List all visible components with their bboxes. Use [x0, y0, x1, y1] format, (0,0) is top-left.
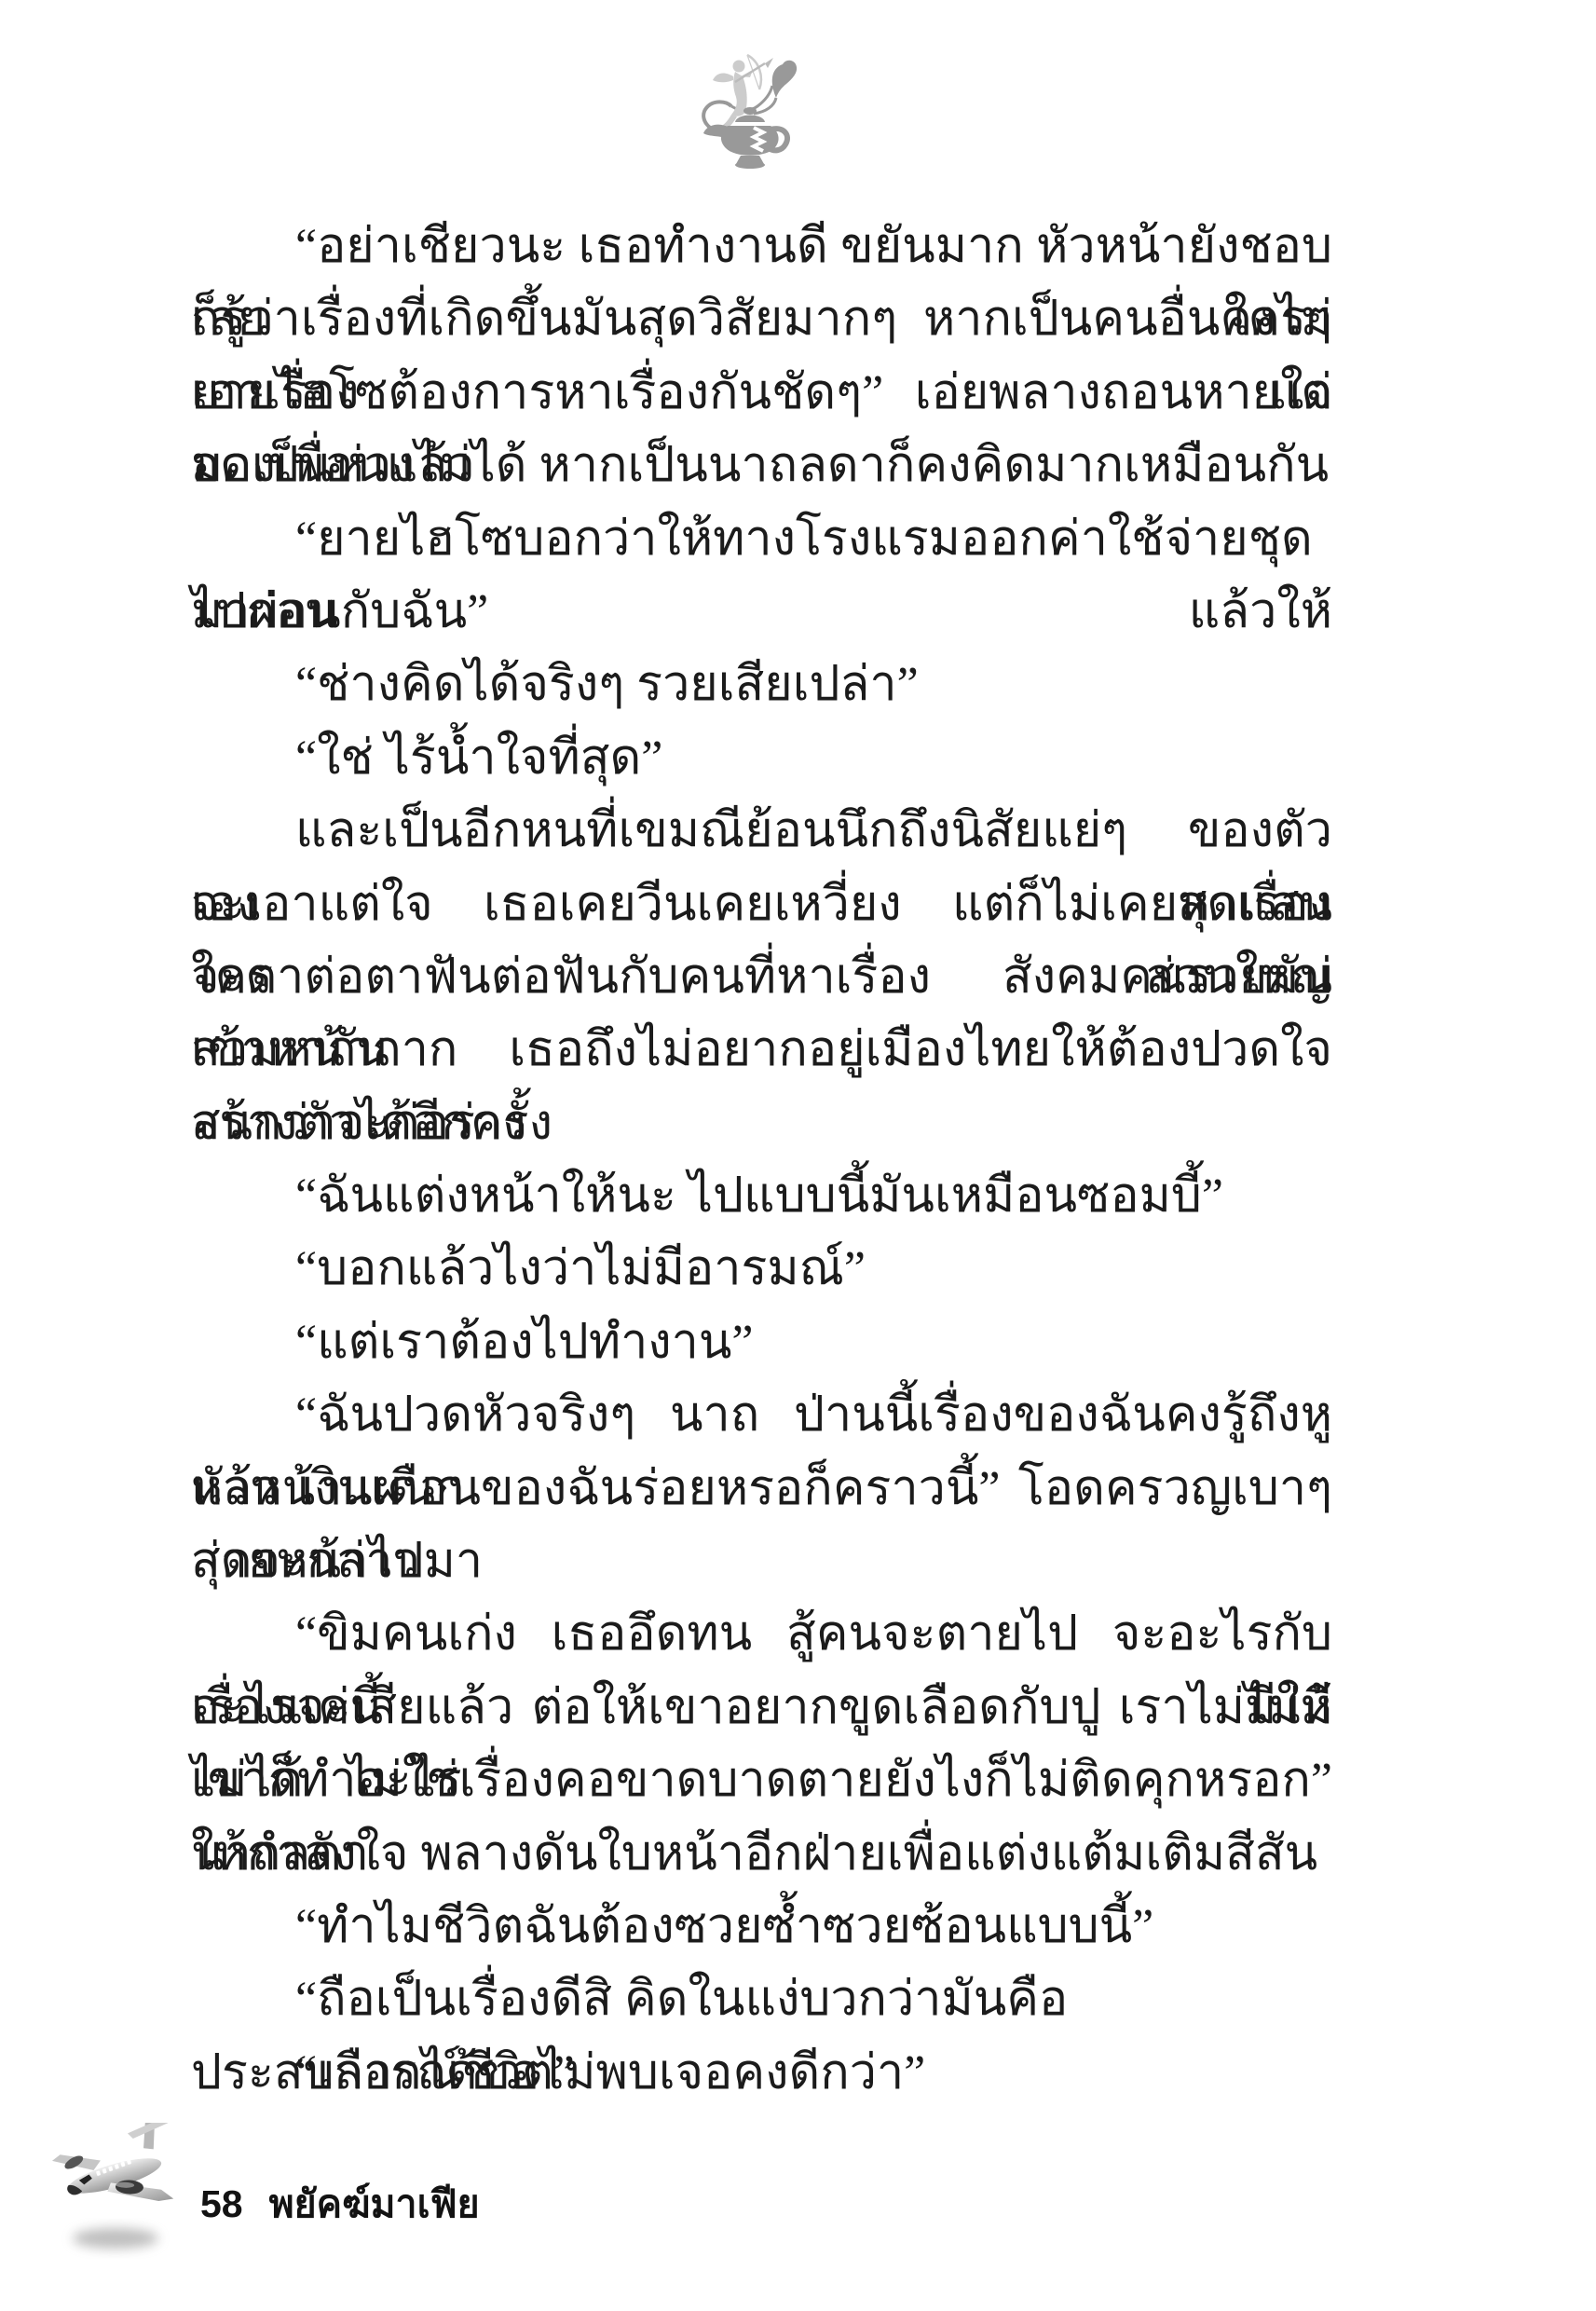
text-line: อะไรจะเสียแล้ว ต่อให้เขาอยากขูดเลือดกับป… [191, 1672, 1332, 1744]
text-line: จะตาต่อตาฟันต่อฟันกับคนที่หาเรื่อง สังคม… [191, 941, 1332, 1014]
text-line: แล้ว เงินเดือนของฉันร่อยหรอก็คราวนี้” โอ… [191, 1453, 1332, 1525]
text-line: “ทำไมชีวิตฉันต้องซวยซ้ำซวยซ้อนแบบนี้” [191, 1891, 1332, 1963]
text-line: ยายไฮโซต้องการหาเรื่องกันชัดๆ” เอ่ยพลางถ… [191, 357, 1332, 430]
genie-lamp-icon [694, 52, 806, 171]
text-line: “แต่เราต้องไปทำงาน” [191, 1306, 1332, 1379]
text-line: “ถือเป็นเรื่องดีสิ คิดในแง่บวกว่ามันคือป… [191, 1963, 1332, 2036]
text-line: “ยายไฮโซบอกว่าให้ทางโรงแรมออกค่าใช้จ่ายช… [191, 503, 1332, 576]
text-line: ให้กำลังใจ พลางดันใบหน้าอีกฝ่ายเพื่อแต่ง… [191, 1818, 1332, 1891]
text-line: “ช่างคิดได้จริงๆ รวยเสียเปล่า” [191, 649, 1332, 721]
text-line: ไม่ได้ ไม่ใช่เรื่องคอขาดบาดตายยังไงก็ไม่… [191, 1744, 1332, 1817]
text-line: “ฉันปวดหัวจริงๆ นาถ ป่านนี้เรื่องของฉันค… [191, 1379, 1332, 1452]
airplane-icon [48, 2123, 188, 2263]
text-line: “บอกแล้วไงว่าไม่มีอารมณ์” [191, 1233, 1332, 1306]
text-line: “ใช่ ไร้น้ำใจที่สุด” [191, 722, 1332, 795]
text-line: สุดจะกล่าว [191, 1525, 1332, 1598]
text-line: ก็รู้ว่าเรื่องที่เกิดขึ้นมันสุดวิสัยมากๆ… [191, 283, 1332, 356]
text-line: “อย่าเชียวนะ เธอทำงานดี ขยันมาก หัวหน้าย… [191, 211, 1332, 283]
text-line: “ขิมคนเก่ง เธออึดทน สู้คนจะตายไป จะอะไรก… [191, 1598, 1332, 1671]
body-text: “อย่าเชียวนะ เธอทำงานดี ขยันมาก หัวหน้าย… [191, 211, 1332, 2110]
page-number: 58 [200, 2182, 243, 2225]
text-line: และเป็นอีกหนที่เขมณีย้อนนึกถึงนิสัยแย่ๆ … [191, 795, 1332, 868]
text-line: “ฉันแต่งหน้าให้นะ ไปแบบนี้มันเหมือนซอมบี… [191, 1160, 1332, 1233]
text-line: สร้างตัวได้อีกครั้ง [191, 1087, 1332, 1160]
lamp-body [703, 107, 779, 169]
footer: 58พยัคฆ์มาเฟีย [200, 2181, 480, 2227]
genie-lamp-ornament [694, 52, 806, 171]
airplane-image [48, 2123, 188, 2263]
book-page: “อย่าเชียวนะ เธอทำงานดี ขยันมาก หัวหน้าย… [0, 0, 1596, 2311]
text-line: อดเป็นห่วงไม่ได้ หากเป็นนาถลดาก็คงคิดมาก… [191, 430, 1332, 502]
text-line: “เลือกได้ขอไม่พบเจอคงดีกว่า” [191, 2037, 1332, 2110]
text-line: จะเอาแต่ใจ เธอเคยวีนเคยเหวี่ยง แต่ก็ไม่เ… [191, 868, 1332, 941]
book-title: พยัคฆ์มาเฟีย [269, 2182, 480, 2225]
text-line: เข้าหากัน เธอถึงไม่อยากอยู่เมืองไทยให้ต้… [191, 1014, 1332, 1087]
